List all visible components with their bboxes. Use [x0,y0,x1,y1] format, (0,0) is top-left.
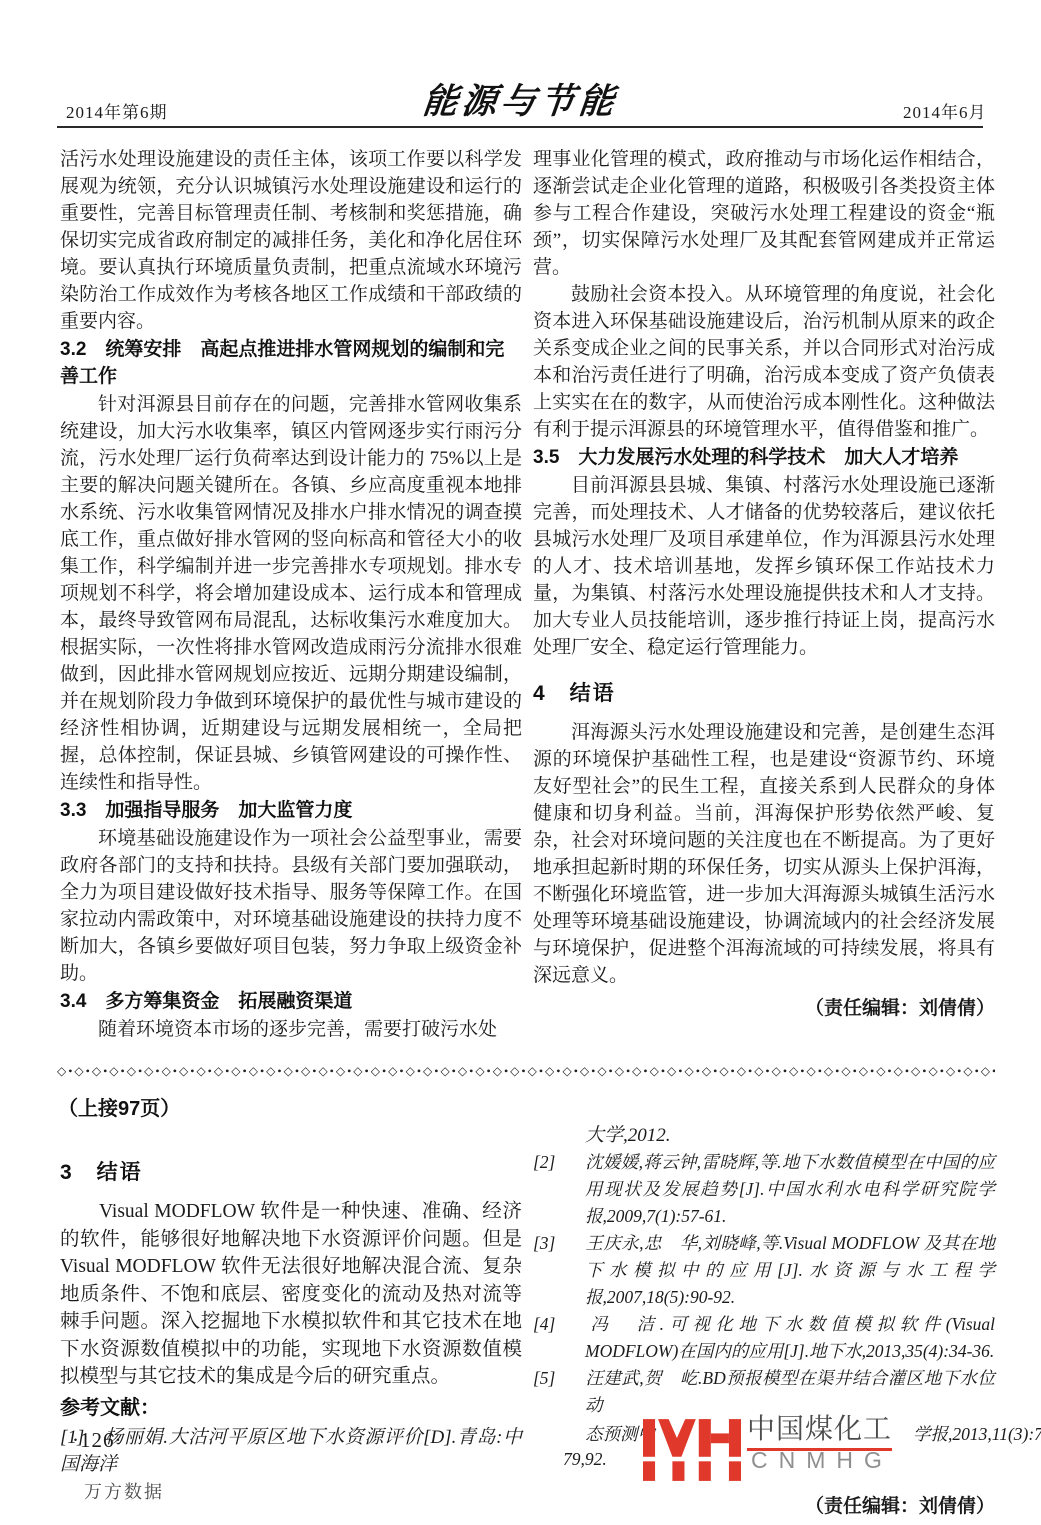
section-heading-3-3: 3.3 加强指导服务 加大监管力度 [60,797,522,824]
references-heading: 参考文献： [60,1395,522,1422]
article1-right-column: 理事业化管理的模式，政府推动与市场化运作相结合，逐渐尝试走企业化管理的道路，积极… [533,146,995,1022]
reference-5-tail: 态预测中 中国煤化工 学报,2013,11(3):77- CNMHG 79,92… [533,1419,995,1487]
editor-note: （责任编辑：刘倩倩） [533,1493,995,1520]
wanfang-data-mark: 万方数据 [84,1478,164,1504]
reference-1: [1] 杨丽娟.大沽河平原区地下水资源评价[D].青岛:中国海洋 [60,1424,522,1478]
paragraph: 理事业化管理的模式，政府推动与市场化运作相结合，逐渐尝试走企业化管理的道路，积极… [533,146,995,281]
editor-note: （责任编辑：刘倩倩） [533,995,995,1022]
paragraph: Visual MODFLOW 软件是一种快速、准确、经济的软件，能够很好地解决地… [60,1198,522,1391]
header-rule [57,126,983,128]
journal-page: 2014年第6期 能源与节能 2014年6月 活污水处理设施建设的责任主体，该项… [0,0,1041,1525]
reference-label: [5] [533,1365,585,1392]
section-heading-3-2: 3.2 统筹安排 高起点推进排水管网规划的编制和完善工作 [60,336,522,390]
article2-right-column: 大学,2012. [2]沈媛媛,蒋云钟,雷晓辉,等.地下水数值模型在中国的应用现… [533,1122,995,1520]
diamond-divider: ◇•◇•◇•◇•◇•◇•◇•◇•◇•◇•◇•◇•◇•◇•◇•◇•◇•◇•◇•◇•… [57,1064,995,1082]
section-heading-3-5: 3.5 大力发展污水处理的科学技术 加大人才培养 [533,444,995,471]
reference-label: [3] [533,1230,585,1257]
section-heading-3: 3 结语 [60,1156,522,1186]
reference-1-continued: 大学,2012. [533,1122,995,1149]
paragraph: 鼓励社会资本投入。从环境管理的角度说，社会化资本进入环保基础设施建设后，治污机制… [533,281,995,443]
journal-logo: 能源与节能 [0,74,1041,124]
watermark-latin-text: CNMHG [751,1447,893,1474]
article1-left-column: 活污水处理设施建设的责任主体，该项工作要以科学发展观为统领，充分认识城镇污水处理… [60,146,522,1043]
reference-text: 学报,2013,11(3):77- [913,1421,1041,1446]
reference-text: 王庆永,忠 华,刘晓峰,等.Visual MODFLOW 及其在地下水模拟中的应… [585,1233,995,1307]
watermark-chinese-text: 中国煤化工 [747,1407,892,1451]
continued-from-note: （上接97页） [58,1092,180,1121]
reference-4: [4]冯 洁.可视化地下水数值模拟软件(Visual MODFLOW)在国内的应… [533,1311,995,1365]
paragraph: 活污水处理设施建设的责任主体，该项工作要以科学发展观为统领，充分认识城镇污水处理… [60,146,522,335]
reference-text: 冯 洁.可视化地下水数值模拟软件(Visual MODFLOW)在国内的应用[J… [585,1314,995,1361]
article2-left-column: 3 结语 Visual MODFLOW 软件是一种快速、准确、经济的软件，能够很… [60,1140,522,1478]
reference-2: [2]沈媛媛,蒋云钟,雷晓辉,等.地下水数值模型在中国的应用现状及发展趋势[J]… [533,1149,995,1230]
section-heading-3-4: 3.4 多方筹集资金 拓展融资渠道 [60,988,522,1015]
reference-text: 79,92. [563,1449,607,1470]
paragraph: 环境基础设施建设作为一项社会公益型事业，需要政府各部门的支持和扶持。县级有关部门… [60,825,522,987]
paragraph: 针对洱源县目前存在的问题，完善排水管网收集系统建设，加大污水收集率，镇区内管网逐… [60,391,522,796]
reference-label: [4] [533,1311,585,1338]
cnmhg-logo-icon [643,1411,741,1489]
header-date: 2014年6月 [903,98,987,123]
reference-3: [3]王庆永,忠 华,刘晓峰,等.Visual MODFLOW 及其在地下水模拟… [533,1230,995,1311]
section-heading-4: 4 结语 [533,677,995,707]
reference-text: 沈媛媛,蒋云钟,雷晓辉,等.地下水数值模型在中国的应用现状及发展趋势[J].中国… [585,1152,995,1226]
paragraph: 随着环境资本市场的逐步完善，需要打破污水处 [60,1016,522,1043]
page-number: ·126· [72,1428,123,1453]
paragraph: 目前洱源县县城、集镇、村落污水处理设施已逐渐完善，而处理技术、人才储备的优势较落… [533,472,995,661]
paragraph: 洱海源头污水处理设施建设和完善，是创建生态洱源的环境保护基础性工程，也是建设“资… [533,719,995,989]
reference-label: [2] [533,1149,585,1176]
